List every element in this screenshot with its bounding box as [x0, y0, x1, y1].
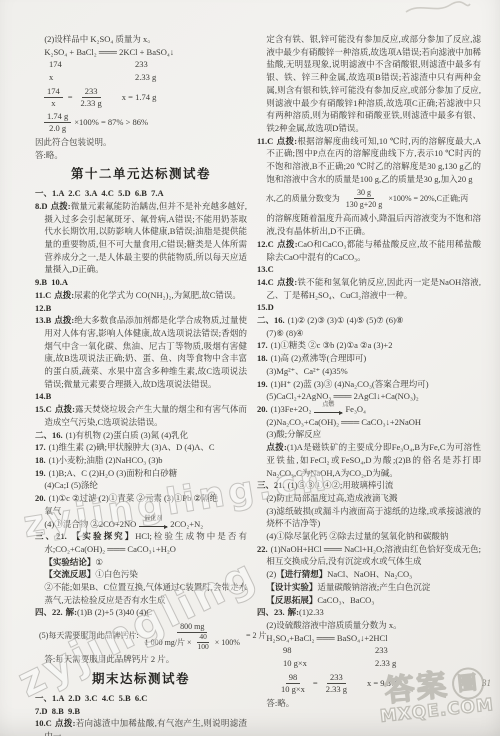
solution-step-line: (2)设样品中 K₂SO₄ 质量为 x。 [35, 33, 247, 46]
answer-line: 答:略。 [35, 149, 247, 162]
answer-continuation: (4)①除尽氯化钙 ②除去过量的氢氧化钠和碳酸钠 [257, 530, 481, 543]
solution-step-line: (2)设硫酸溶液中溶质质量分数为 x。 [257, 619, 481, 632]
inner-fraction: 40100 [196, 633, 211, 651]
answer-paragraph: 二、16.(1)② (2)③ (3)① (4)⑤ (5)⑦ (6)⑧ [257, 314, 481, 327]
answer-key-line: 13.C [257, 263, 481, 276]
fraction-equation: 174x = 2332.33 g x = 1.74 g [35, 86, 247, 109]
proportion-row: 98 233 [257, 644, 481, 657]
answer-paragraph: 18.(1)小麦粉;油脂 (2)NaHCO₃ (3)b [35, 454, 247, 467]
answer-paragraph: 四、22.解:(1)B (2)+5 (3)40 (4)C [35, 606, 247, 619]
experiment-paragraph: (2)【进行猜想】NaCl、NaOH、Na₂CO₃ [257, 568, 481, 581]
fraction-equation: 1.74 g2.0 g ×100% = 87% > 86% [35, 111, 247, 134]
proportion-value: 2.33 g [135, 71, 156, 84]
answer-paragraph: 20.(1)①c ②过滤 (2)①青菜 ②元素 (3)①Pb ②隔绝 [35, 492, 247, 505]
answer-sheet-page: (2)设样品中 K₂SO₄ 质量为 x。 K₂SO₄ + BaCl₂ ═══ 2… [0, 0, 500, 736]
carryover-paragraph: 定含有铁、银,锌可能没有参加反应,或部分参加了反应,滤液中最少有硝酸锌一种溶质,… [257, 33, 481, 135]
conclusion-line: 因此符合包装说明。 [35, 136, 247, 149]
proportion-row: 10 g×x 2.33 g [257, 657, 481, 670]
answer-key-line: 一、1.A 2.D 3.C 4.C 5.B 6.C [35, 692, 247, 705]
answer-key-line: 15.D [257, 301, 481, 314]
answer-continuation: (3)酸;分解反应 [257, 428, 481, 441]
reaction-equation: 20. (1)3Fe+2O₂ 点燃 Fe₃O₄ [257, 403, 481, 416]
answer-key-line: 一、1.A 2.C 3.A 4.C 5.D 6.B 7.A [35, 187, 247, 200]
answer-paragraph: 四、23.解:(1)2.33 [257, 606, 481, 619]
fraction: 2332.33 g [78, 86, 105, 109]
equals-sign: = [313, 677, 318, 690]
explanation-paragraph: 13.B点拨:绝大多数食品添加剂都是化学合成物质,过量使用对人体有害,影响人体健… [35, 314, 247, 390]
answer-continuation: (4)Ca;I (5)涤纶 [35, 479, 247, 492]
scan-smudge-icon [402, 0, 472, 16]
chemical-equation: K₂SO₄ + BaCl₂ ═══ 2KCl + BaSO₄↓ [35, 46, 247, 59]
fraction: 30 g130 g+20 g [343, 187, 386, 210]
right-column: 定含有铁、银,锌可能没有参加反应,或部分参加了反应,滤液中最少有硝酸锌一种溶质,… [257, 33, 481, 709]
answer-key-line: 12.B [35, 302, 247, 315]
inline-fraction-line: 水,乙的质量分数变为 30 g130 g+20 g ×100% = 20%,C正… [257, 187, 481, 210]
answer-paragraph: 19.(1)B;A、C (2)H₂O (3)面粉和白砂糖 [35, 467, 247, 480]
explanation-paragraph: 14.C点拨:铁不能和氢氧化钠反应,因此丙一定是NaOH溶液,乙、丁是稀H₂SO… [257, 276, 481, 301]
fraction: 1.74 g2.0 g [44, 111, 71, 134]
answer-paragraph: 19.(1)H⁺ (2)蓝 (3)③ (4)Na₂CO₃(答案合理均可) [257, 378, 481, 391]
proportion-value: x [49, 71, 135, 84]
answer-continuation: (7)⑥ (8)④ [257, 327, 481, 340]
proportion-row: x 2.33 g [35, 71, 247, 84]
fraction: 174x [44, 86, 63, 109]
experiment-paragraph: 【反思拓展】CaCO₃、BaCO₃ [257, 594, 481, 607]
answer-paragraph: 22.(1)NaOH+HCl ═══ NaCl+H₂O;溶液由红色恰好变成无色;… [257, 543, 481, 568]
proportion-value: 98 [283, 644, 375, 657]
reaction-equation: (4)①混合物 ②2CO+2NO 催化剂 2CO₂+N₂ [35, 518, 247, 531]
proportion-value: 233 [135, 58, 148, 71]
experiment-paragraph: 【实验结论】① [35, 556, 247, 569]
equals-sign: = [68, 91, 73, 104]
explanation-paragraph: 10.C点拨:若向滤渣中加稀盐酸,有气泡产生,则说明滤渣中一 [35, 717, 247, 736]
answer-continuation: (3)滤纸破损(或漏斗内液面高于滤纸的边缘,或承接滤液的烧杯不洁净等) [257, 505, 481, 530]
fraction: 2332.33 g [323, 672, 350, 695]
answer-paragraph: 17.(1)①糖类 ②c ③b (2)①a ②a (3)+2 [257, 339, 481, 352]
experiment-paragraph: 【设计实验】适量碳酸钠溶液;产生白色沉淀 [257, 581, 481, 594]
reaction-arrow-icon: 催化剂 [139, 516, 167, 527]
answer-key-line: 14.B [35, 390, 247, 403]
explanation-paragraph: 11.C点拨:根据溶解度曲线可知,10 ℃时,丙的溶解度最大,A不正确;图中P点… [257, 135, 481, 186]
proportion-value: 10 g×x [283, 657, 375, 670]
result-value: ×100% = 87% > 86% [74, 116, 148, 129]
reaction-arrow-icon: 点燃 [314, 402, 342, 413]
answer-continuation: (3)Mg²⁺、Ca²⁺ (4)35% [257, 365, 481, 378]
experiment-paragraph: 三、21.【实验探究】HCl;检验生成物中是否有水;CO₂+Ca(OH)₂ ══… [35, 530, 247, 555]
calculation-fraction: (5)每天需要服用此品牌钙片: 800 mg 1 000 mg/片 ×40100… [35, 621, 247, 651]
answer-paragraph: 17.(1)维生素 (2)碘;甲状腺肿大 (3)A、D (4)A、C [35, 441, 247, 454]
proportion-value: 174 [49, 58, 135, 71]
proportion-value: 233 [375, 644, 388, 657]
experiment-paragraph: 【交流反思】①白色污染 [35, 568, 247, 581]
fraction: 800 mg 1 000 mg/片 ×40100× 100% [142, 621, 243, 651]
chemical-equation: (2)Na₂CO₃+Ca(OH)₂ ═══ CaCO₃↓+2NaOH [257, 416, 481, 429]
explanation-paragraph: 12.C点拨:CaO和CaCO₃都能与稀盐酸反应,故不能用稀盐酸除去CaO中混有… [257, 238, 481, 263]
answer-circle-logo: 答案圈 MXQE.COM [375, 665, 494, 723]
answer-paragraph: 二、16.(1)有机物 (2)蛋白质 (3)氮 (4)乳化 [35, 429, 247, 442]
answer-key-line: 9.B 10.A [35, 276, 247, 289]
left-column: (2)设样品中 K₂SO₄ 质量为 x。 K₂SO₄ + BaCl₂ ═══ 2… [35, 33, 247, 736]
chemical-equation: H₂SO₄+BaCl₂ ═══ BaSO₄↓+2HCl [257, 632, 481, 645]
answer-paragraph: 三、21.(1)⑤③①④②;用玻璃棒引流 [257, 479, 481, 492]
chemical-equation: (5)CaCl₂+2AgNO₃ ═══ 2AgCl↓+Ca(NO₃)₂ [257, 390, 481, 403]
proportion-row: 174 233 [35, 58, 247, 71]
answer-line: 答:每天需要服用此品牌钙片 2 片。 [35, 653, 247, 666]
explanation-paragraph: 点拨:(1)A是磁铁矿的主要成分即Fe₃O₄,B为Fe,C为可溶性亚铁盐,如Fe… [257, 441, 481, 479]
proportion-value: 2.33 g [375, 657, 396, 670]
explanation-paragraph: 8.D点拨:微量元素氟能防治龋齿,但并不是补充越多越好,摄入过多会引起氟斑牙、氟… [35, 200, 247, 276]
experiment-continuation: ②不能;如果B、C位置互换,气体通过C装置时,会带走水蒸气,无法检验反应是否有水… [35, 581, 247, 606]
answer-paragraph: 18.(1)高 (2)煮沸等(合理即可) [257, 352, 481, 365]
explanation-continuation: 的溶解度随着温度升高而减小,降温后丙溶液变为不饱和溶液,没有晶体析出,D不正确。 [257, 212, 481, 237]
page-number: 31 [482, 677, 491, 690]
answer-continuation: (2)防止局部温度过高,造成液滴飞溅 [257, 492, 481, 505]
answer-key-line: 7.D 8.B 9.B [35, 705, 247, 718]
explanation-paragraph: 11.C点拨:尿素的化学式为 CO(NH₂)₂,为氮肥,故C错误。 [35, 289, 247, 302]
section-title-unit12: 第十二单元达标测试卷 [35, 167, 247, 182]
section-title-final: 期末达标测试卷 [35, 672, 247, 687]
fraction: 9810 g×x [278, 672, 308, 695]
explanation-paragraph: 15.C点拨:露天焚烧垃圾会产生大量的烟尘和有害气体而造成空气污染,C选项说法错… [35, 403, 247, 428]
result-value: x = 1.74 g [122, 91, 157, 104]
